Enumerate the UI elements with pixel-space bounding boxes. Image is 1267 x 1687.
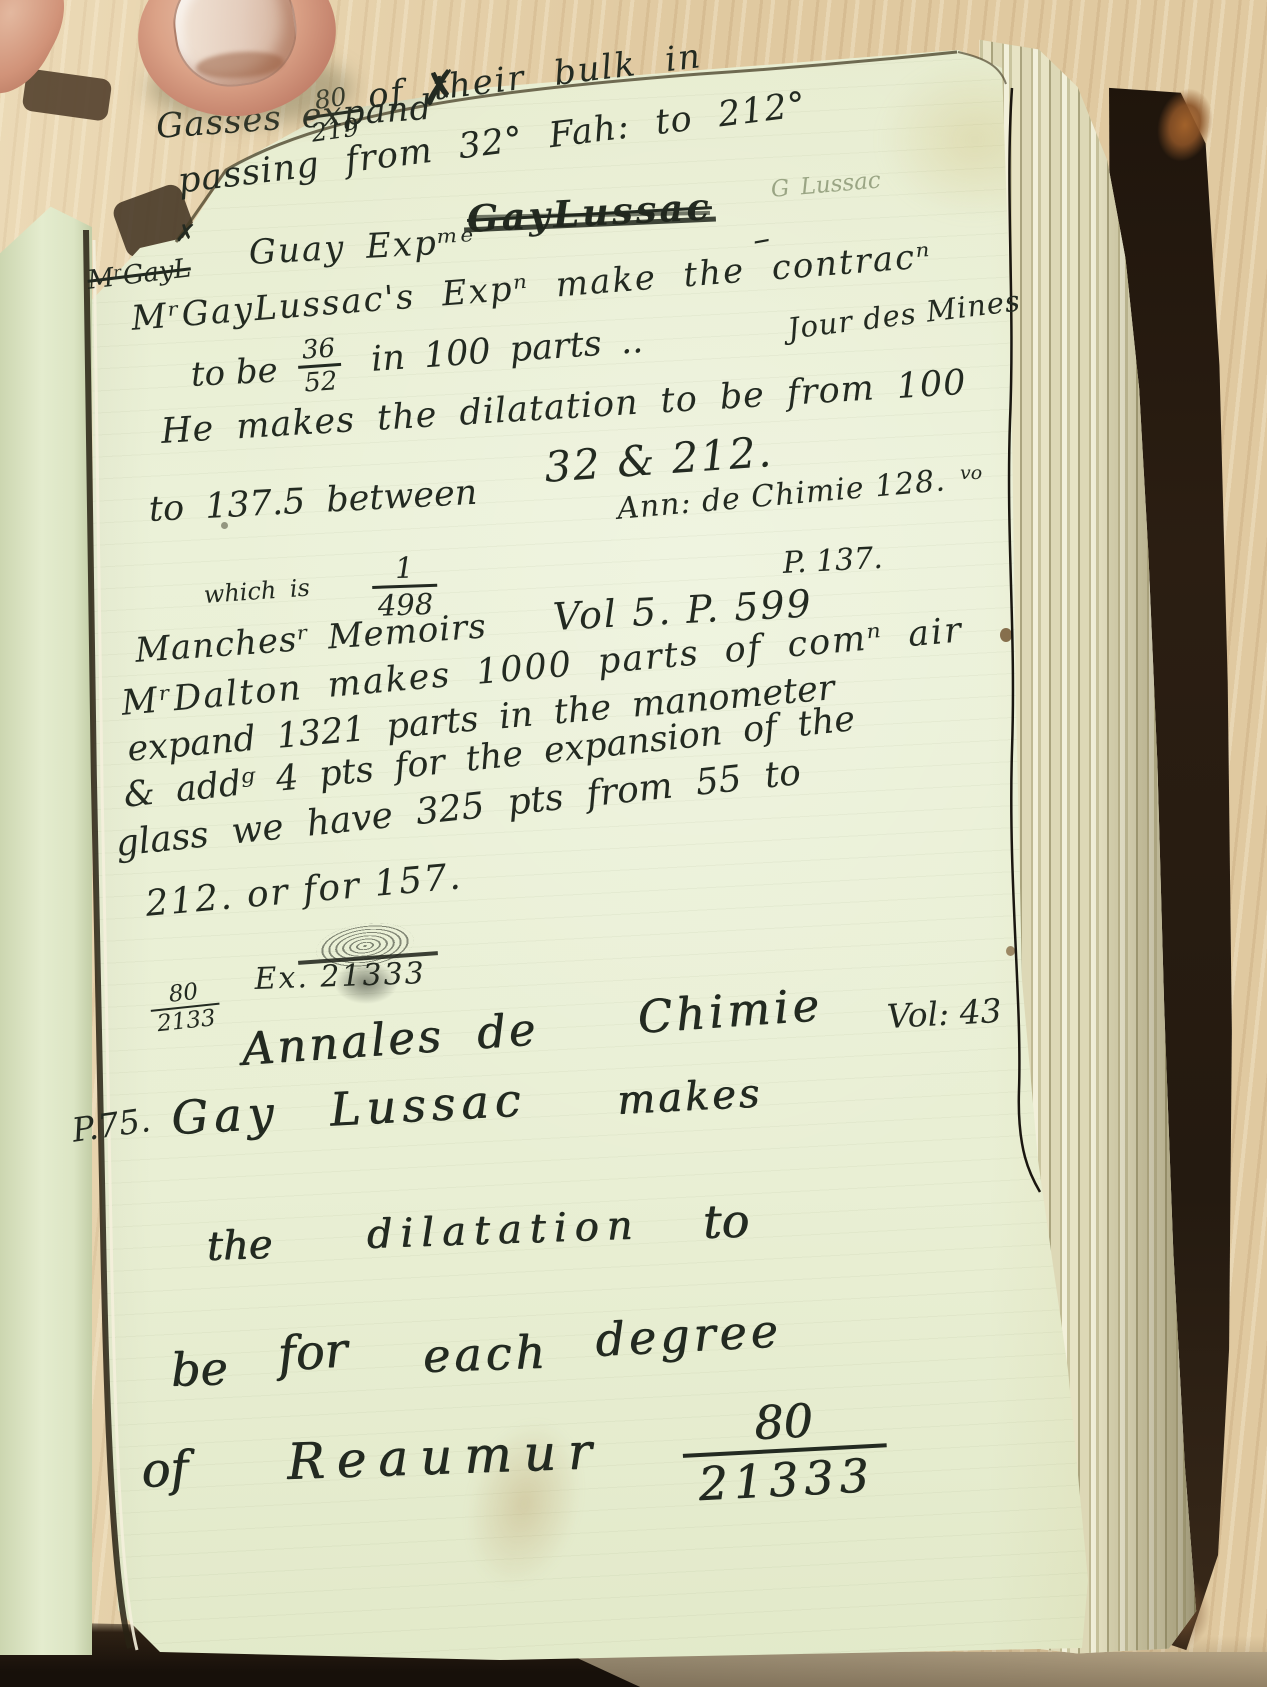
fraction-80-21333: 80 21333 xyxy=(680,1389,890,1512)
ink-layer: ✗ Gasses expand 80 219 of their bulk in … xyxy=(0,0,1267,1687)
fraction-36-52: 36 52 xyxy=(296,333,343,399)
title-annales-de: Annales de xyxy=(240,1005,540,1073)
line-guay-exp: Guay Expᵐᵉ xyxy=(248,224,477,272)
line-he-makes-dilatation: He makes the dilatation to be from 100 xyxy=(160,365,968,451)
margin-struck-mr-gay-l: MʳGayL xyxy=(86,255,192,295)
line-which-is: which is xyxy=(203,576,311,609)
title-chimie: Chimie xyxy=(636,981,824,1041)
line-to-be: to be xyxy=(190,353,279,393)
line-makes: makes xyxy=(616,1072,763,1122)
margin-fraction-80-2133: 80 2133 xyxy=(148,977,222,1038)
notebook-photo-scene: ✗ Gasses expand 80 219 of their bulk in … xyxy=(0,0,1267,1687)
pencil-note-g-lussac: G Lussac xyxy=(770,168,882,202)
line-to: to xyxy=(702,1196,750,1246)
reference-jour-des-mines: Jour des Mines xyxy=(786,285,1022,344)
line-in-100-parts: in 100 parts .. xyxy=(370,323,644,379)
line-be: be xyxy=(170,1344,228,1394)
line-for: for xyxy=(276,1325,349,1380)
ink-blot xyxy=(334,962,398,1004)
line-to-137-between: to 137.5 between xyxy=(148,475,478,529)
fraction-denominator: 52 xyxy=(298,363,343,399)
fraction-denominator: 2133 xyxy=(151,1003,222,1038)
fraction-numerator: 1 xyxy=(371,550,438,586)
line-reaumur: Reaumur xyxy=(286,1425,604,1489)
line-degree: degree xyxy=(594,1306,783,1364)
line-dilatation: dilatation xyxy=(366,1204,641,1256)
line-each: each xyxy=(422,1328,550,1381)
fraction-numerator: 36 xyxy=(296,333,341,366)
line-the: the xyxy=(206,1224,273,1268)
title-vol-43: Vol: 43 xyxy=(886,994,1002,1035)
line-p75: P.75. xyxy=(70,1103,153,1148)
line-gay-lussac-bottom: Gay Lussac xyxy=(170,1075,527,1142)
reference-page-137: P. 137. xyxy=(782,543,883,580)
fraction-denominator: 21333 xyxy=(683,1443,890,1512)
inked-cross-mark-small-icon: ✗ xyxy=(174,220,197,248)
superscript-vo: vo xyxy=(960,464,982,484)
line-212-or-for-157: 212. or for 157. xyxy=(144,858,464,923)
line-of: of xyxy=(140,1444,189,1497)
